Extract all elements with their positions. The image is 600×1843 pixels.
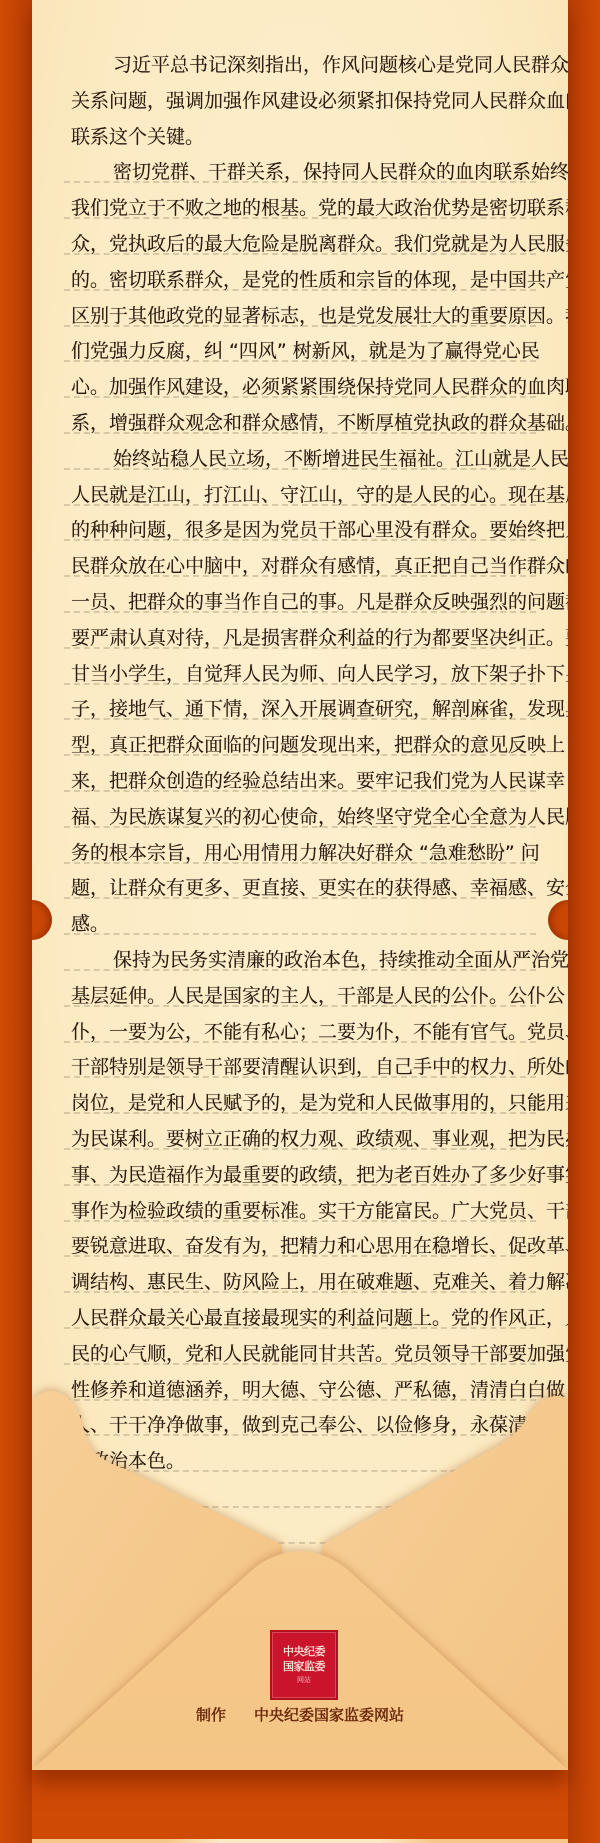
seal-stamp: 中央纪委 国家监委 网站 xyxy=(270,1630,338,1700)
stamp-line-2: 国家监委 xyxy=(283,1659,325,1674)
stamp-line-1: 中央纪委 xyxy=(283,1644,325,1659)
background-edge-left xyxy=(0,0,32,1843)
footer: 中央纪委 国家监委 网站 制作 中央纪委国家监委网站 xyxy=(32,0,568,1770)
credit-line: 制作 中央纪委国家监委网站 xyxy=(32,1705,568,1725)
credit-label: 制作 xyxy=(196,1705,226,1725)
letter-card: 习近平总书记深刻指出，作风问题核心是党同人民群众的关系问题，强调加强作风建设必须… xyxy=(32,0,568,1770)
next-card-edge xyxy=(32,1839,568,1843)
credit-org: 中央纪委国家监委网站 xyxy=(254,1705,404,1725)
background-edge-right xyxy=(568,0,600,1843)
stamp-line-3: 网站 xyxy=(297,1674,311,1686)
